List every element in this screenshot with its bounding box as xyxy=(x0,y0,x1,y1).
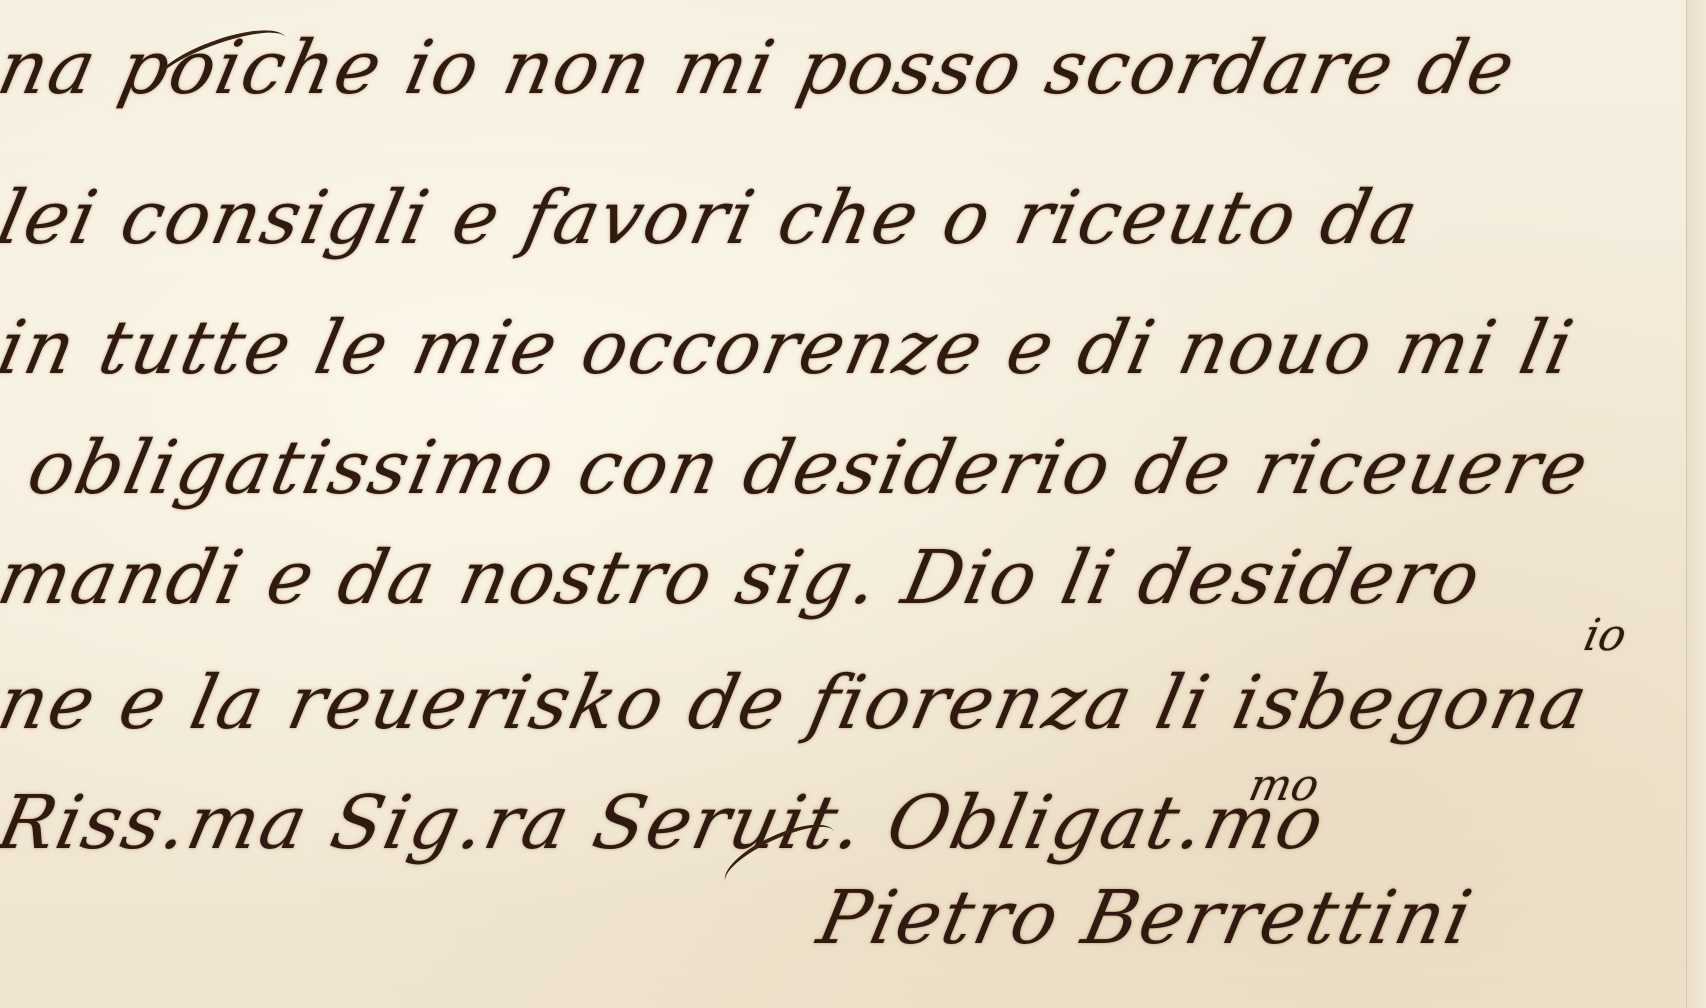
paper-edge xyxy=(1686,0,1706,1008)
signature: Pietro Berrettini xyxy=(811,875,1481,961)
closing-line: Riss.ma Sig.ra Seruit. Obligat.mo xyxy=(0,780,1333,866)
superscript-io: io xyxy=(1580,610,1631,661)
manuscript-page: na poiche io non mi posso scordare de le… xyxy=(0,0,1706,1008)
manuscript-line-5: mandi e da nostro sig. Dio li desidero xyxy=(0,535,1489,621)
manuscript-line-2: lei consigli e favori che o riceuto da xyxy=(0,175,1427,261)
manuscript-line-4: obligatissimo con desiderio de riceuere xyxy=(21,425,1597,511)
manuscript-line-6: ne e la reuerisko de fiorenza li isbegon… xyxy=(0,660,1596,746)
manuscript-line-3: in tutte le mie occorenze e di nouo mi l… xyxy=(0,305,1582,391)
superscript-mo: mo xyxy=(1245,760,1324,811)
